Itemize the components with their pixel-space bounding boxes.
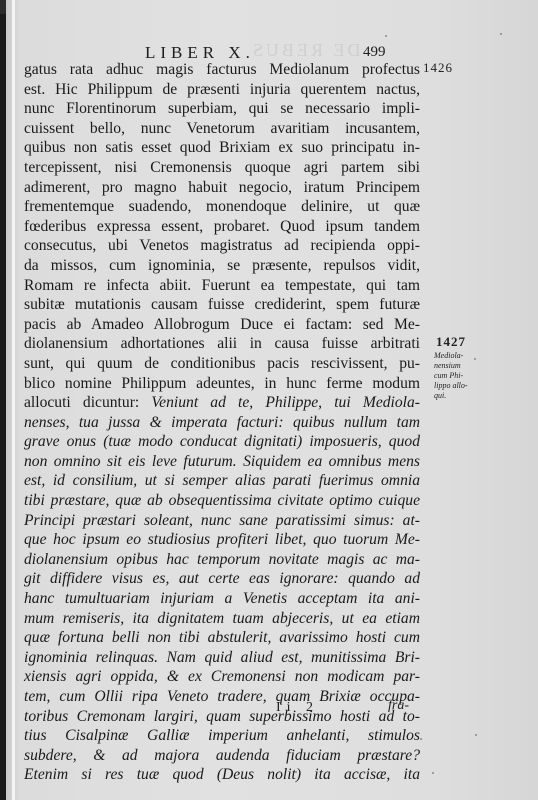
- text-line: non omnino sit eis leve futurum. Siquide…: [24, 452, 420, 472]
- marginal-note-line: lippo allo-: [434, 381, 494, 391]
- text-line: Etenim si res tuæ quod (Deus nolit) ita …: [24, 765, 420, 785]
- paper-speck: [474, 358, 476, 360]
- paper-speck: [385, 35, 387, 37]
- text-line: tem, cum Ollii ripa Veneto tradere, quam…: [24, 687, 420, 707]
- text-line: tius Cisalpinæ Galliæ imperium anhelanti…: [24, 726, 420, 746]
- page-edge-highlight: [12, 0, 15, 800]
- page-number: 499: [363, 44, 386, 61]
- text-line: da missos, cum ignominia, se præsente, r…: [24, 256, 420, 276]
- text-run-italic: Veniunt ad te, Philippe, tui Mediola-: [151, 394, 420, 411]
- body-text: gatus rata adhuc magis facturus Mediolan…: [24, 60, 420, 785]
- paper-speck: [475, 734, 477, 736]
- paper-speck: [500, 33, 502, 35]
- text-line: xiensis agri oppida, & ex Cremonensi non…: [24, 667, 420, 687]
- text-line: grave onus (tuæ modo conducat dignitati)…: [24, 432, 420, 452]
- text-line: sunt, qui quum de conditionibus pacis re…: [24, 354, 420, 374]
- text-line: cuissent bello, nunc Venetorum avaritiam…: [24, 119, 420, 139]
- text-line: allocuti dicuntur: Veniunt ad te, Philip…: [24, 393, 420, 413]
- marginal-note-line: cum Phi-: [434, 371, 494, 381]
- bleed-through-text: DE REBUS: [250, 40, 361, 61]
- marginal-note-line: Mediola-: [434, 351, 494, 361]
- marginal-note-line: nensium: [434, 361, 494, 371]
- text-line: nunc Florentinorum superbiam, qui se nec…: [24, 99, 420, 119]
- text-line: frementemque suadendo, monendoque delini…: [24, 197, 420, 217]
- text-line: mum remiseris, ita dignitatem tuam abjec…: [24, 609, 420, 629]
- paper-speck: [420, 738, 422, 740]
- marginal-note-line: qui.: [434, 391, 494, 401]
- text-line: est. Hic Philippum de præsenti injuria q…: [24, 80, 420, 100]
- text-line: adimerent, pro magno habuit negocio, ira…: [24, 178, 420, 198]
- text-line: nenses, tua jussa & imperata facturi: qu…: [24, 413, 420, 433]
- text-line: blico nomine Philippum adeuntes, in hunc…: [24, 374, 420, 394]
- text-line: subitæ mutationis causam fuisse credider…: [24, 295, 420, 315]
- text-line: Principi præstari soleant, nunc sane par…: [24, 511, 420, 531]
- margin-year-top: 1426: [423, 60, 453, 76]
- text-line: que hoc ipsum eo studiosius profiteri li…: [24, 530, 420, 550]
- text-line: Romam re infecta abiit. Fuerunt ea tempe…: [24, 276, 420, 296]
- text-line: tercepissent, nisi Cremonensis quoque ag…: [24, 158, 420, 178]
- text-line: toribus Cremonam largiri, quam superbiss…: [24, 707, 420, 727]
- text-line: gatus rata adhuc magis facturus Mediolan…: [24, 60, 420, 80]
- text-line: consecutus, ubi Venetos magistratus ad r…: [24, 236, 420, 256]
- text-line: fœderibus expressa essent, probaret. Quo…: [24, 217, 420, 237]
- catchword: fra-: [388, 698, 409, 714]
- text-line: pacis ab Amadeo Allobrogum Duce ei facta…: [24, 315, 420, 335]
- text-line: diolanensium opibus hac temporum novitat…: [24, 550, 420, 570]
- text-line: subdere, & ad majora audenda fiduciam pr…: [24, 746, 420, 766]
- signature-mark: Ii 2: [276, 700, 319, 716]
- text-line: tibi præstare, quæ ab obsequentissima ci…: [24, 491, 420, 511]
- text-line: ignominia relinquas. Nam quid aliud est,…: [24, 648, 420, 668]
- marginal-note: Mediola- nensium cum Phi- lippo allo- qu…: [434, 351, 494, 401]
- paper-speck: [295, 771, 297, 773]
- text-line: est, id consilium, ut si semper alias pa…: [24, 471, 420, 491]
- text-line: diolanensium adhortationes alii in causa…: [24, 334, 420, 354]
- text-run: allocuti dicuntur:: [24, 394, 151, 411]
- paper-speck: [432, 772, 434, 774]
- margin-year-mid: 1427: [436, 334, 466, 350]
- text-line: hanc tumultuariam injuriam a Venetis acc…: [24, 589, 420, 609]
- text-line: git diffidere visus es, aut certe eas ig…: [24, 569, 420, 589]
- text-line: quæ fortuna belli non tibi abstulerit, a…: [24, 628, 420, 648]
- text-line: quibus non satis esset quod Brixiam ex s…: [24, 138, 420, 158]
